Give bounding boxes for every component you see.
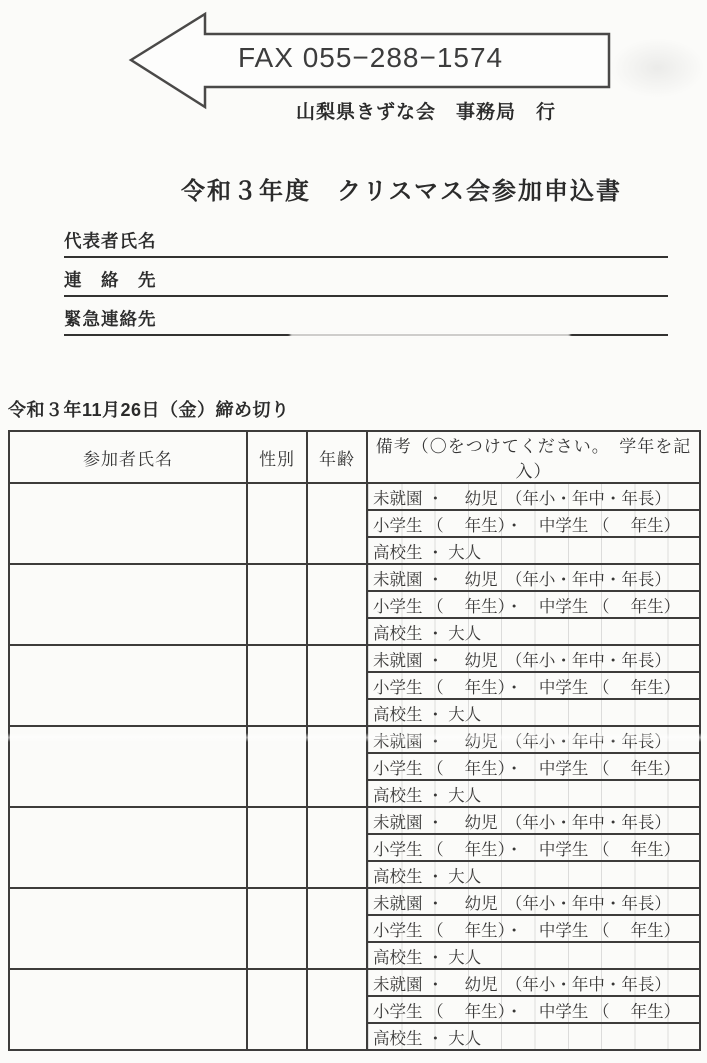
gender-cell[interactable]: [247, 969, 307, 1050]
participants-table-body: 未就園 ・ 幼児 （年小・年中・年長） 小学生 （ 年生）・ 中学生 （ 年生）…: [9, 483, 700, 1050]
age-cell[interactable]: [307, 726, 367, 807]
emergency-contact-field: 緊急連絡先: [64, 297, 668, 336]
scanned-fax-form: FAX 055−288−1574 山梨県きずな会 事務局 行 令和３年度 クリス…: [0, 0, 707, 1063]
header-row: 参加者氏名 性別 年齢 備考（〇をつけてください。 学年を記入）: [9, 431, 700, 483]
participants-table-head: 参加者氏名 性別 年齢 備考（〇をつけてください。 学年を記入）: [9, 431, 700, 483]
remark-line-elementary: 小学生 （ 年生）・ 中学生 （ 年生）: [367, 915, 700, 942]
field-input-line[interactable]: [157, 297, 669, 334]
remark-line-preschool: 未就園 ・ 幼児 （年小・年中・年長）: [367, 807, 700, 834]
remark-line-preschool: 未就園 ・ 幼児 （年小・年中・年長）: [367, 483, 700, 510]
remark-line-preschool: 未就園 ・ 幼児 （年小・年中・年長）: [367, 564, 700, 591]
remark-line-elementary: 小学生 （ 年生）・ 中学生 （ 年生）: [367, 591, 700, 618]
remark-line-highschool: 高校生 ・ 大人: [367, 537, 700, 564]
participant-row: 未就園 ・ 幼児 （年小・年中・年長）: [9, 807, 700, 834]
age-cell[interactable]: [307, 807, 367, 888]
header-age: 年齢: [307, 431, 367, 483]
remark-line-elementary: 小学生 （ 年生）・ 中学生 （ 年生）: [367, 672, 700, 699]
field-input-line[interactable]: [157, 258, 669, 295]
remark-line-highschool: 高校生 ・ 大人: [367, 1023, 700, 1050]
gender-cell[interactable]: [247, 807, 307, 888]
remark-line-elementary: 小学生 （ 年生）・ 中学生 （ 年生）: [367, 834, 700, 861]
remark-line-highschool: 高校生 ・ 大人: [367, 780, 700, 807]
participant-name-cell[interactable]: [9, 969, 247, 1050]
participant-name-cell[interactable]: [9, 726, 247, 807]
remark-line-preschool: 未就園 ・ 幼児 （年小・年中・年長）: [367, 969, 700, 996]
field-label: 代表者氏名: [64, 228, 157, 256]
field-label: 連 絡 先: [64, 267, 157, 295]
header-participant-name: 参加者氏名: [9, 431, 247, 483]
remark-line-highschool: 高校生 ・ 大人: [367, 861, 700, 888]
representative-name-field: 代表者氏名: [64, 219, 668, 258]
participant-name-cell[interactable]: [9, 807, 247, 888]
participant-name-cell[interactable]: [9, 564, 247, 645]
age-cell[interactable]: [307, 888, 367, 969]
participant-row: 未就園 ・ 幼児 （年小・年中・年長）: [9, 645, 700, 672]
field-input-line[interactable]: [157, 219, 669, 256]
header-remarks: 備考（〇をつけてください。 学年を記入）: [367, 431, 700, 483]
age-cell[interactable]: [307, 483, 367, 564]
participant-row: 未就園 ・ 幼児 （年小・年中・年長）: [9, 564, 700, 591]
age-cell[interactable]: [307, 645, 367, 726]
remark-line-preschool: 未就園 ・ 幼児 （年小・年中・年長）: [367, 645, 700, 672]
gender-cell[interactable]: [247, 645, 307, 726]
remark-line-highschool: 高校生 ・ 大人: [367, 942, 700, 969]
participant-name-cell[interactable]: [9, 888, 247, 969]
header-gender: 性別: [247, 431, 307, 483]
remark-line-preschool: 未就園 ・ 幼児 （年小・年中・年長）: [367, 726, 700, 753]
fax-number: FAX 055−288−1574: [238, 42, 568, 74]
deadline-note: 令和３年11月26日（金）締め切り: [8, 396, 290, 422]
participant-row: 未就園 ・ 幼児 （年小・年中・年長）: [9, 483, 700, 510]
participants-table: 参加者氏名 性別 年齢 備考（〇をつけてください。 学年を記入） 未就園 ・ 幼…: [8, 430, 701, 1051]
remark-line-elementary: 小学生 （ 年生）・ 中学生 （ 年生）: [367, 510, 700, 537]
participant-name-cell[interactable]: [9, 645, 247, 726]
contact-fields: 代表者氏名 連 絡 先 緊急連絡先: [64, 219, 668, 336]
gender-cell[interactable]: [247, 888, 307, 969]
age-cell[interactable]: [307, 564, 367, 645]
remark-line-highschool: 高校生 ・ 大人: [367, 618, 700, 645]
participant-row: 未就園 ・ 幼児 （年小・年中・年長）: [9, 969, 700, 996]
gender-cell[interactable]: [247, 483, 307, 564]
gender-cell[interactable]: [247, 726, 307, 807]
field-label: 緊急連絡先: [64, 306, 157, 334]
participant-row: 未就園 ・ 幼児 （年小・年中・年長）: [9, 726, 700, 753]
age-cell[interactable]: [307, 969, 367, 1050]
participant-name-cell[interactable]: [9, 483, 247, 564]
participant-row: 未就園 ・ 幼児 （年小・年中・年長）: [9, 888, 700, 915]
contact-field: 連 絡 先: [64, 258, 668, 297]
form-title: 令和３年度 クリスマス会参加申込書: [181, 171, 622, 206]
remark-line-highschool: 高校生 ・ 大人: [367, 699, 700, 726]
addressee-line: 山梨県きずな会 事務局 行: [296, 97, 556, 124]
remark-line-preschool: 未就園 ・ 幼児 （年小・年中・年長）: [367, 888, 700, 915]
remark-line-elementary: 小学生 （ 年生）・ 中学生 （ 年生）: [367, 753, 700, 780]
remark-line-elementary: 小学生 （ 年生）・ 中学生 （ 年生）: [367, 996, 700, 1023]
gender-cell[interactable]: [247, 564, 307, 645]
